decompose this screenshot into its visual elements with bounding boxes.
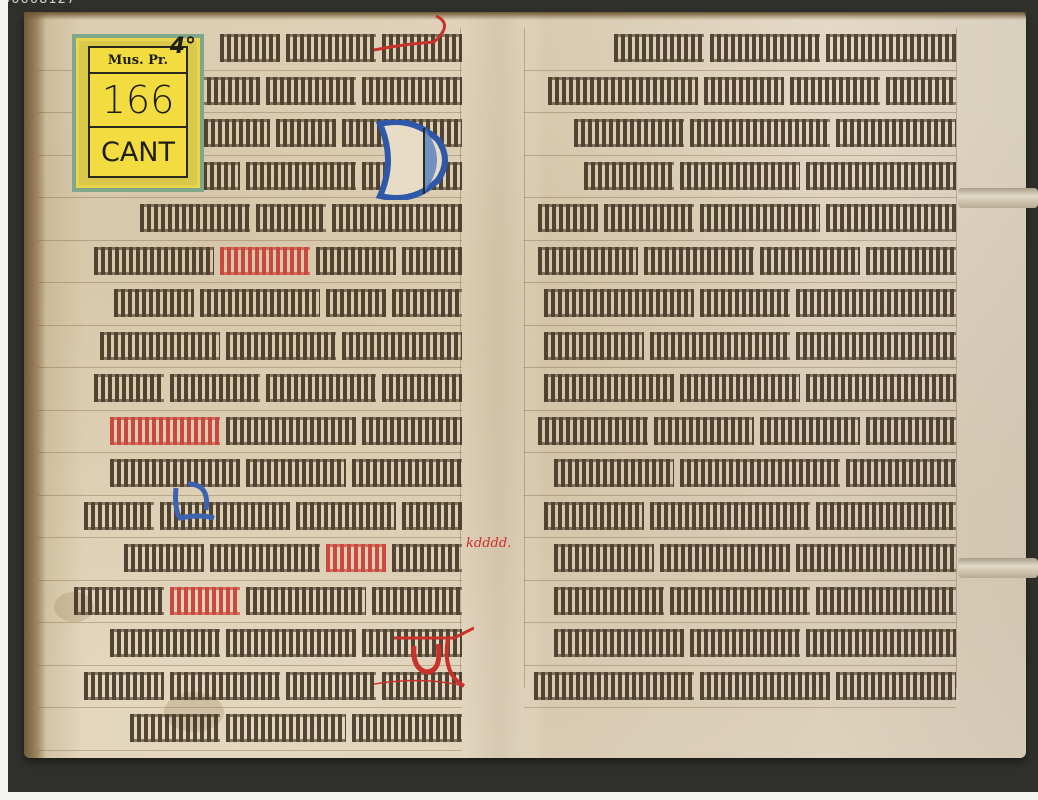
manuscript-text-line [524,326,956,369]
red-initial-icon [364,624,474,694]
manuscript-text-line [524,241,956,284]
script-word [362,77,462,105]
manuscript-text-line [524,538,956,581]
manuscript-text-line [524,71,956,114]
script-word [372,587,462,615]
rubric-word [326,544,386,572]
script-word [680,162,800,190]
script-word [614,34,704,62]
script-word [886,77,956,105]
blue-initial-icon [372,120,452,200]
script-word [544,289,694,317]
script-word [256,204,326,232]
script-word [826,204,956,232]
label-collection: Mus. Pr. 4° [90,48,186,74]
script-word [826,34,956,62]
manuscript-text-line [38,198,462,241]
script-word [170,672,280,700]
script-word [538,204,598,232]
script-word [836,119,956,147]
script-word [220,34,280,62]
script-word [548,77,698,105]
label-code: CANT [90,128,186,176]
script-word [226,629,356,657]
script-word [806,629,956,657]
script-word [226,417,356,445]
script-word [760,247,860,275]
script-word [392,289,462,317]
manuscript-text-line [38,496,462,539]
script-word [200,289,320,317]
script-word [790,77,880,105]
manuscript-text-line [524,496,956,539]
script-word [690,119,830,147]
script-word [246,162,356,190]
manuscript-text-line [38,538,462,581]
script-word [670,587,810,615]
script-word [296,502,396,530]
manuscript-text-line [524,198,956,241]
script-word [554,629,684,657]
script-word [226,714,346,742]
script-word [836,672,956,700]
manuscript-text-line [38,453,462,496]
script-word [796,332,956,360]
manuscript-text-line [38,368,462,411]
script-word [266,374,376,402]
manuscript-text-line [38,241,462,284]
script-word [382,374,462,402]
script-word [574,119,684,147]
script-word [286,672,376,700]
script-word [760,417,860,445]
marginal-note: kdddd. [466,536,511,551]
blue-initial-small-icon [170,480,220,524]
frame-bottom-strip [0,792,1038,800]
image-identifier: 00008127 [2,0,76,7]
script-word [402,247,462,275]
text-column-right [524,28,956,708]
manuscript-text-line [38,708,462,751]
script-word [352,459,462,487]
script-word [210,544,320,572]
script-word [654,417,754,445]
manuscript-text-line [524,623,956,666]
label-number: 166 [90,74,186,128]
manuscript-text-line [38,581,462,624]
script-word [94,247,214,275]
frame-left-strip [0,0,8,800]
script-word [700,672,830,700]
manuscript-text-line [524,283,956,326]
script-word [700,204,820,232]
manuscript-text-line [38,283,462,326]
rubric-word [220,247,310,275]
script-word [114,289,194,317]
script-word [332,204,462,232]
script-word [246,587,366,615]
manuscript-leaf: kdddd. Mus. Pr. 4° 166 CANT [24,12,1026,758]
script-word [534,672,694,700]
manuscript-text-line [524,28,956,71]
manuscript-text-line [524,411,956,454]
manuscript-text-line [524,368,956,411]
label-format: 4° [170,34,196,59]
script-word [796,289,956,317]
script-word [130,714,220,742]
script-word [650,332,790,360]
binding-thong [958,558,1038,578]
manuscript-text-line [524,156,956,199]
script-word [94,374,164,402]
script-word [650,502,810,530]
script-word [806,374,956,402]
column-rule [956,28,957,688]
script-word [584,162,674,190]
script-word [538,417,648,445]
script-word [84,672,164,700]
manuscript-text-line [524,453,956,496]
script-word [352,714,462,742]
label-collection-text: Mus. Pr. [108,53,168,68]
script-word [84,502,154,530]
script-word [866,417,956,445]
script-word [846,459,956,487]
script-word [700,289,790,317]
script-word [316,247,396,275]
script-word [680,374,800,402]
script-word [816,502,956,530]
script-word [680,459,840,487]
script-word [604,204,694,232]
script-word [170,374,260,402]
shelfmark-label: Mus. Pr. 4° 166 CANT [72,34,204,192]
script-word [866,247,956,275]
script-word [286,34,376,62]
script-word [544,332,644,360]
script-word [690,629,800,657]
script-word [326,289,386,317]
script-word [554,459,674,487]
script-word [246,459,346,487]
script-word [140,204,250,232]
script-word [124,544,204,572]
script-word [806,162,956,190]
script-word [544,502,644,530]
manuscript-text-line [38,326,462,369]
script-word [342,332,462,360]
script-word [710,34,820,62]
manuscript-text-line [524,666,956,709]
script-word [226,332,336,360]
red-initial-icon [364,14,454,56]
script-word [544,374,674,402]
manuscript-text-line [38,411,462,454]
script-word [362,417,462,445]
script-word [276,119,336,147]
script-word [266,77,356,105]
binding-thong [958,188,1038,208]
script-word [100,332,220,360]
script-word [402,502,462,530]
script-word [816,587,956,615]
script-word [554,544,654,572]
script-word [392,544,462,572]
script-word [554,587,664,615]
manuscript-text-line [524,581,956,624]
script-word [538,247,638,275]
script-word [704,77,784,105]
script-word [796,544,956,572]
manuscript-text-line [524,113,956,156]
rubric-word [170,587,240,615]
script-word [74,587,164,615]
script-word [660,544,790,572]
script-word [644,247,754,275]
rubric-word [110,417,220,445]
script-word [110,629,220,657]
